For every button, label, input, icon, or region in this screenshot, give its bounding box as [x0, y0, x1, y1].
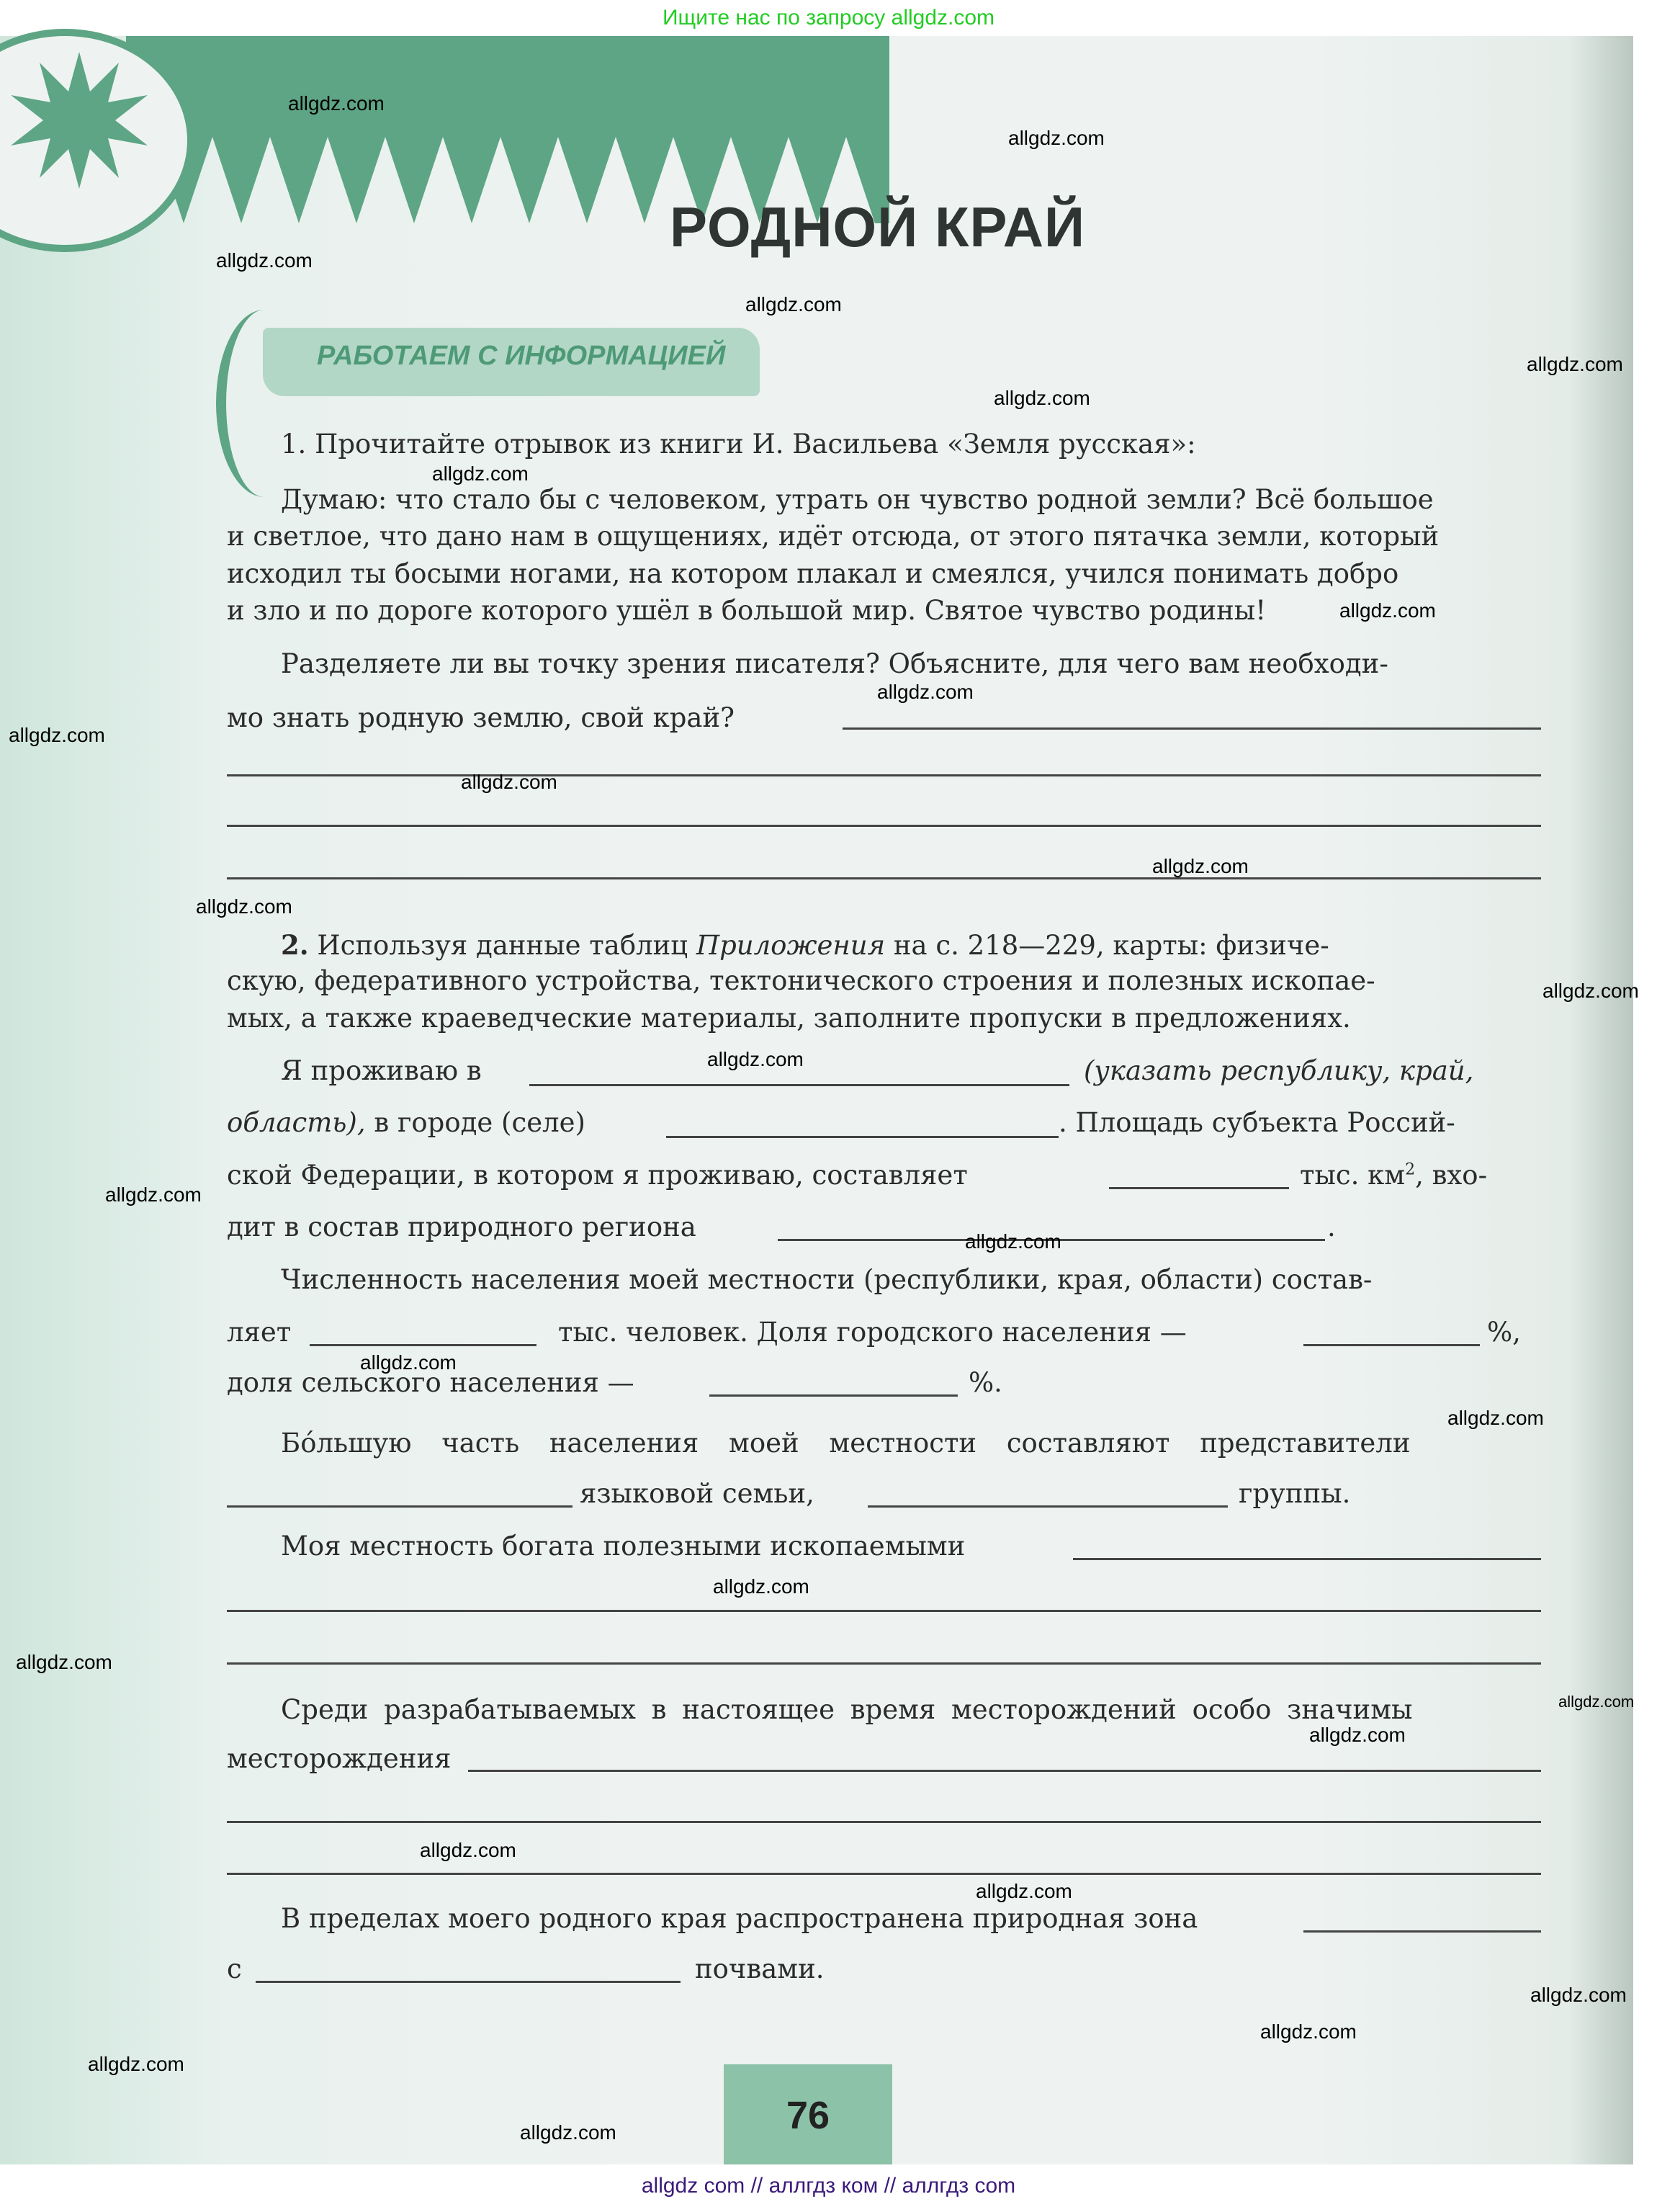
- watermark: allgdz.com: [1152, 855, 1249, 878]
- watermark: allgdz.com: [965, 1230, 1061, 1253]
- watermark: allgdz.com: [1339, 599, 1436, 622]
- watermark: allgdz.com: [9, 724, 105, 747]
- natural-zone-sentence: В пределах моего родного края распростра…: [281, 1903, 1198, 1934]
- watermark: allgdz.com: [1008, 127, 1105, 150]
- quote-line: и зло и по дороге которого ушёл в большо…: [227, 595, 1266, 626]
- watermark: allgdz.com: [88, 2053, 184, 2076]
- task2-text: скую, федеративного устройства, тектонич…: [227, 965, 1375, 996]
- hint-italic: (указать республику, край,: [1084, 1055, 1473, 1086]
- language-group-blank[interactable]: [868, 1505, 1228, 1508]
- population-sentence: Численность населения моей местности (ре…: [281, 1264, 1372, 1295]
- natural-zone-sentence: почвами.: [695, 1953, 825, 1984]
- answer-line[interactable]: [227, 825, 1541, 827]
- answer-line[interactable]: [227, 1873, 1541, 1875]
- ethnic-sentence: группы.: [1239, 1478, 1350, 1509]
- population-sentence: ляет: [227, 1317, 291, 1348]
- watermark: allgdz.com: [1260, 2020, 1357, 2043]
- task2-text: мых, а также краеведческие материалы, за…: [227, 1003, 1351, 1034]
- soil-type-blank[interactable]: [256, 1981, 681, 1983]
- watermark: allgdz.com: [1530, 1984, 1627, 2007]
- population-blank[interactable]: [310, 1344, 536, 1346]
- task2-heading: 2. Используя данные таблиц Приложения на…: [281, 929, 1329, 961]
- watermark: allgdz.com: [745, 293, 842, 316]
- watermark: allgdz.com: [461, 771, 557, 794]
- task2-number: 2.: [281, 929, 309, 961]
- answer-line[interactable]: [227, 1610, 1541, 1612]
- natural-zone-sentence: с: [227, 1953, 242, 1984]
- task2-italic: Приложения: [696, 930, 885, 961]
- page-number-tab: 76: [724, 2064, 892, 2164]
- answer-line[interactable]: [227, 1821, 1541, 1823]
- watermark: allgdz.com: [1309, 1724, 1406, 1747]
- fill-sentence: тыс. км2, вхо-: [1300, 1160, 1487, 1191]
- page-edge: [1633, 36, 1657, 2164]
- quote-line: и светлое, что дано нам в ощущениях, идё…: [227, 521, 1439, 552]
- fill-sentence: .: [1327, 1212, 1336, 1242]
- answer-line[interactable]: [843, 727, 1541, 730]
- answer-line[interactable]: [227, 877, 1541, 879]
- task1-question: мо знать родную землю, свой край?: [227, 702, 735, 733]
- top-banner-text: Ищите нас по запросу allgdz.com: [663, 6, 994, 30]
- fill-sentence: ской Федерации, в котором я проживаю, со…: [227, 1160, 968, 1191]
- watermark: allgdz.com: [288, 92, 385, 115]
- watermark: allgdz.com: [105, 1183, 202, 1206]
- fill-sentence: Я проживаю в: [281, 1055, 482, 1086]
- watermark: allgdz.com: [707, 1048, 804, 1071]
- task2-text: Используя данные таблиц: [317, 930, 688, 961]
- task1-question: Разделяете ли вы точку зрения писателя? …: [281, 648, 1388, 679]
- fill-hint: (указать республику, край,: [1084, 1055, 1473, 1086]
- watermark: allgdz.com: [1527, 353, 1623, 376]
- task1-heading: 1. Прочитайте отрывок из книги И. Василь…: [281, 429, 1196, 460]
- population-sentence: тыс. человек. Доля городского населения …: [558, 1317, 1187, 1348]
- deposits-blank[interactable]: [468, 1770, 1541, 1772]
- task2-text: на с. 218—229, карты: физиче-: [894, 930, 1329, 961]
- minerals-sentence: Моя местность богата полезными ископаемы…: [281, 1531, 965, 1562]
- sentence-text: тыс. км: [1300, 1160, 1405, 1191]
- watermark: allgdz.com: [360, 1351, 457, 1374]
- watermark: allgdz.com: [713, 1575, 809, 1598]
- ethnic-sentence: языковой семьи,: [580, 1478, 814, 1509]
- watermark: allgdz.com: [1447, 1407, 1544, 1430]
- city-blank[interactable]: [666, 1136, 1059, 1138]
- quote-line: исходил ты босыми ногами, на котором пла…: [227, 558, 1398, 589]
- deposits-sentence: месторождения: [227, 1743, 451, 1774]
- language-family-blank[interactable]: [227, 1505, 572, 1508]
- watermark: allgdz.com: [1558, 1693, 1634, 1711]
- rural-percent-blank[interactable]: [709, 1394, 958, 1397]
- watermark: allgdz.com: [976, 1880, 1072, 1903]
- quote-line: Думаю: что стало бы с человеком, утрать …: [281, 484, 1434, 515]
- watermark: allgdz.com: [216, 249, 313, 272]
- fill-sentence: . Площадь субъекта Россий-: [1059, 1107, 1455, 1138]
- sentence-text: , вхо-: [1415, 1160, 1487, 1191]
- urban-percent-blank[interactable]: [1303, 1344, 1480, 1346]
- hint-italic: область),: [227, 1107, 366, 1138]
- watermark: allgdz.com: [520, 2121, 616, 2144]
- watermark: allgdz.com: [432, 462, 529, 485]
- top-banner: Ищите нас по запросу allgdz.com: [0, 0, 1657, 36]
- watermark: allgdz.com: [420, 1839, 516, 1862]
- natural-zone-blank[interactable]: [1303, 1930, 1541, 1933]
- sentence-text: в городе (селе): [374, 1107, 585, 1138]
- deposits-sentence: Среди разрабатываемых в настоящее время …: [281, 1694, 1412, 1725]
- watermark: allgdz.com: [994, 387, 1090, 410]
- population-sentence: %.: [969, 1367, 1002, 1398]
- bottom-banner: allgdz com // аллгдз ком // аллгдз com: [0, 2164, 1657, 2212]
- header-green-band: [126, 36, 889, 137]
- watermark: allgdz.com: [16, 1651, 112, 1674]
- region-blank[interactable]: [529, 1084, 1069, 1086]
- superscript: 2: [1405, 1161, 1415, 1179]
- area-blank[interactable]: [1109, 1187, 1289, 1189]
- fill-sentence: дит в состав природного региона: [227, 1212, 696, 1242]
- section-label: РАБОТАЕМ С ИНФОРМАЦИЕЙ: [317, 341, 725, 372]
- minerals-blank[interactable]: [1073, 1558, 1541, 1560]
- star-emblem-icon: [11, 52, 148, 189]
- watermark: allgdz.com: [196, 895, 292, 918]
- answer-line[interactable]: [227, 1662, 1541, 1665]
- population-sentence: %,: [1487, 1317, 1521, 1348]
- ethnic-sentence: Бóльшую часть населения моей местности с…: [281, 1428, 1411, 1459]
- watermark: allgdz.com: [877, 681, 974, 704]
- fill-sentence: область), в городе (селе): [227, 1107, 585, 1138]
- chapter-title: РОДНОЙ КРАЙ: [670, 194, 1085, 260]
- bottom-banner-text: allgdz com // аллгдз ком // аллгдз com: [642, 2174, 1015, 2198]
- watermark: allgdz.com: [1543, 980, 1639, 1003]
- page-number: 76: [724, 2093, 892, 2138]
- answer-line[interactable]: [227, 774, 1541, 776]
